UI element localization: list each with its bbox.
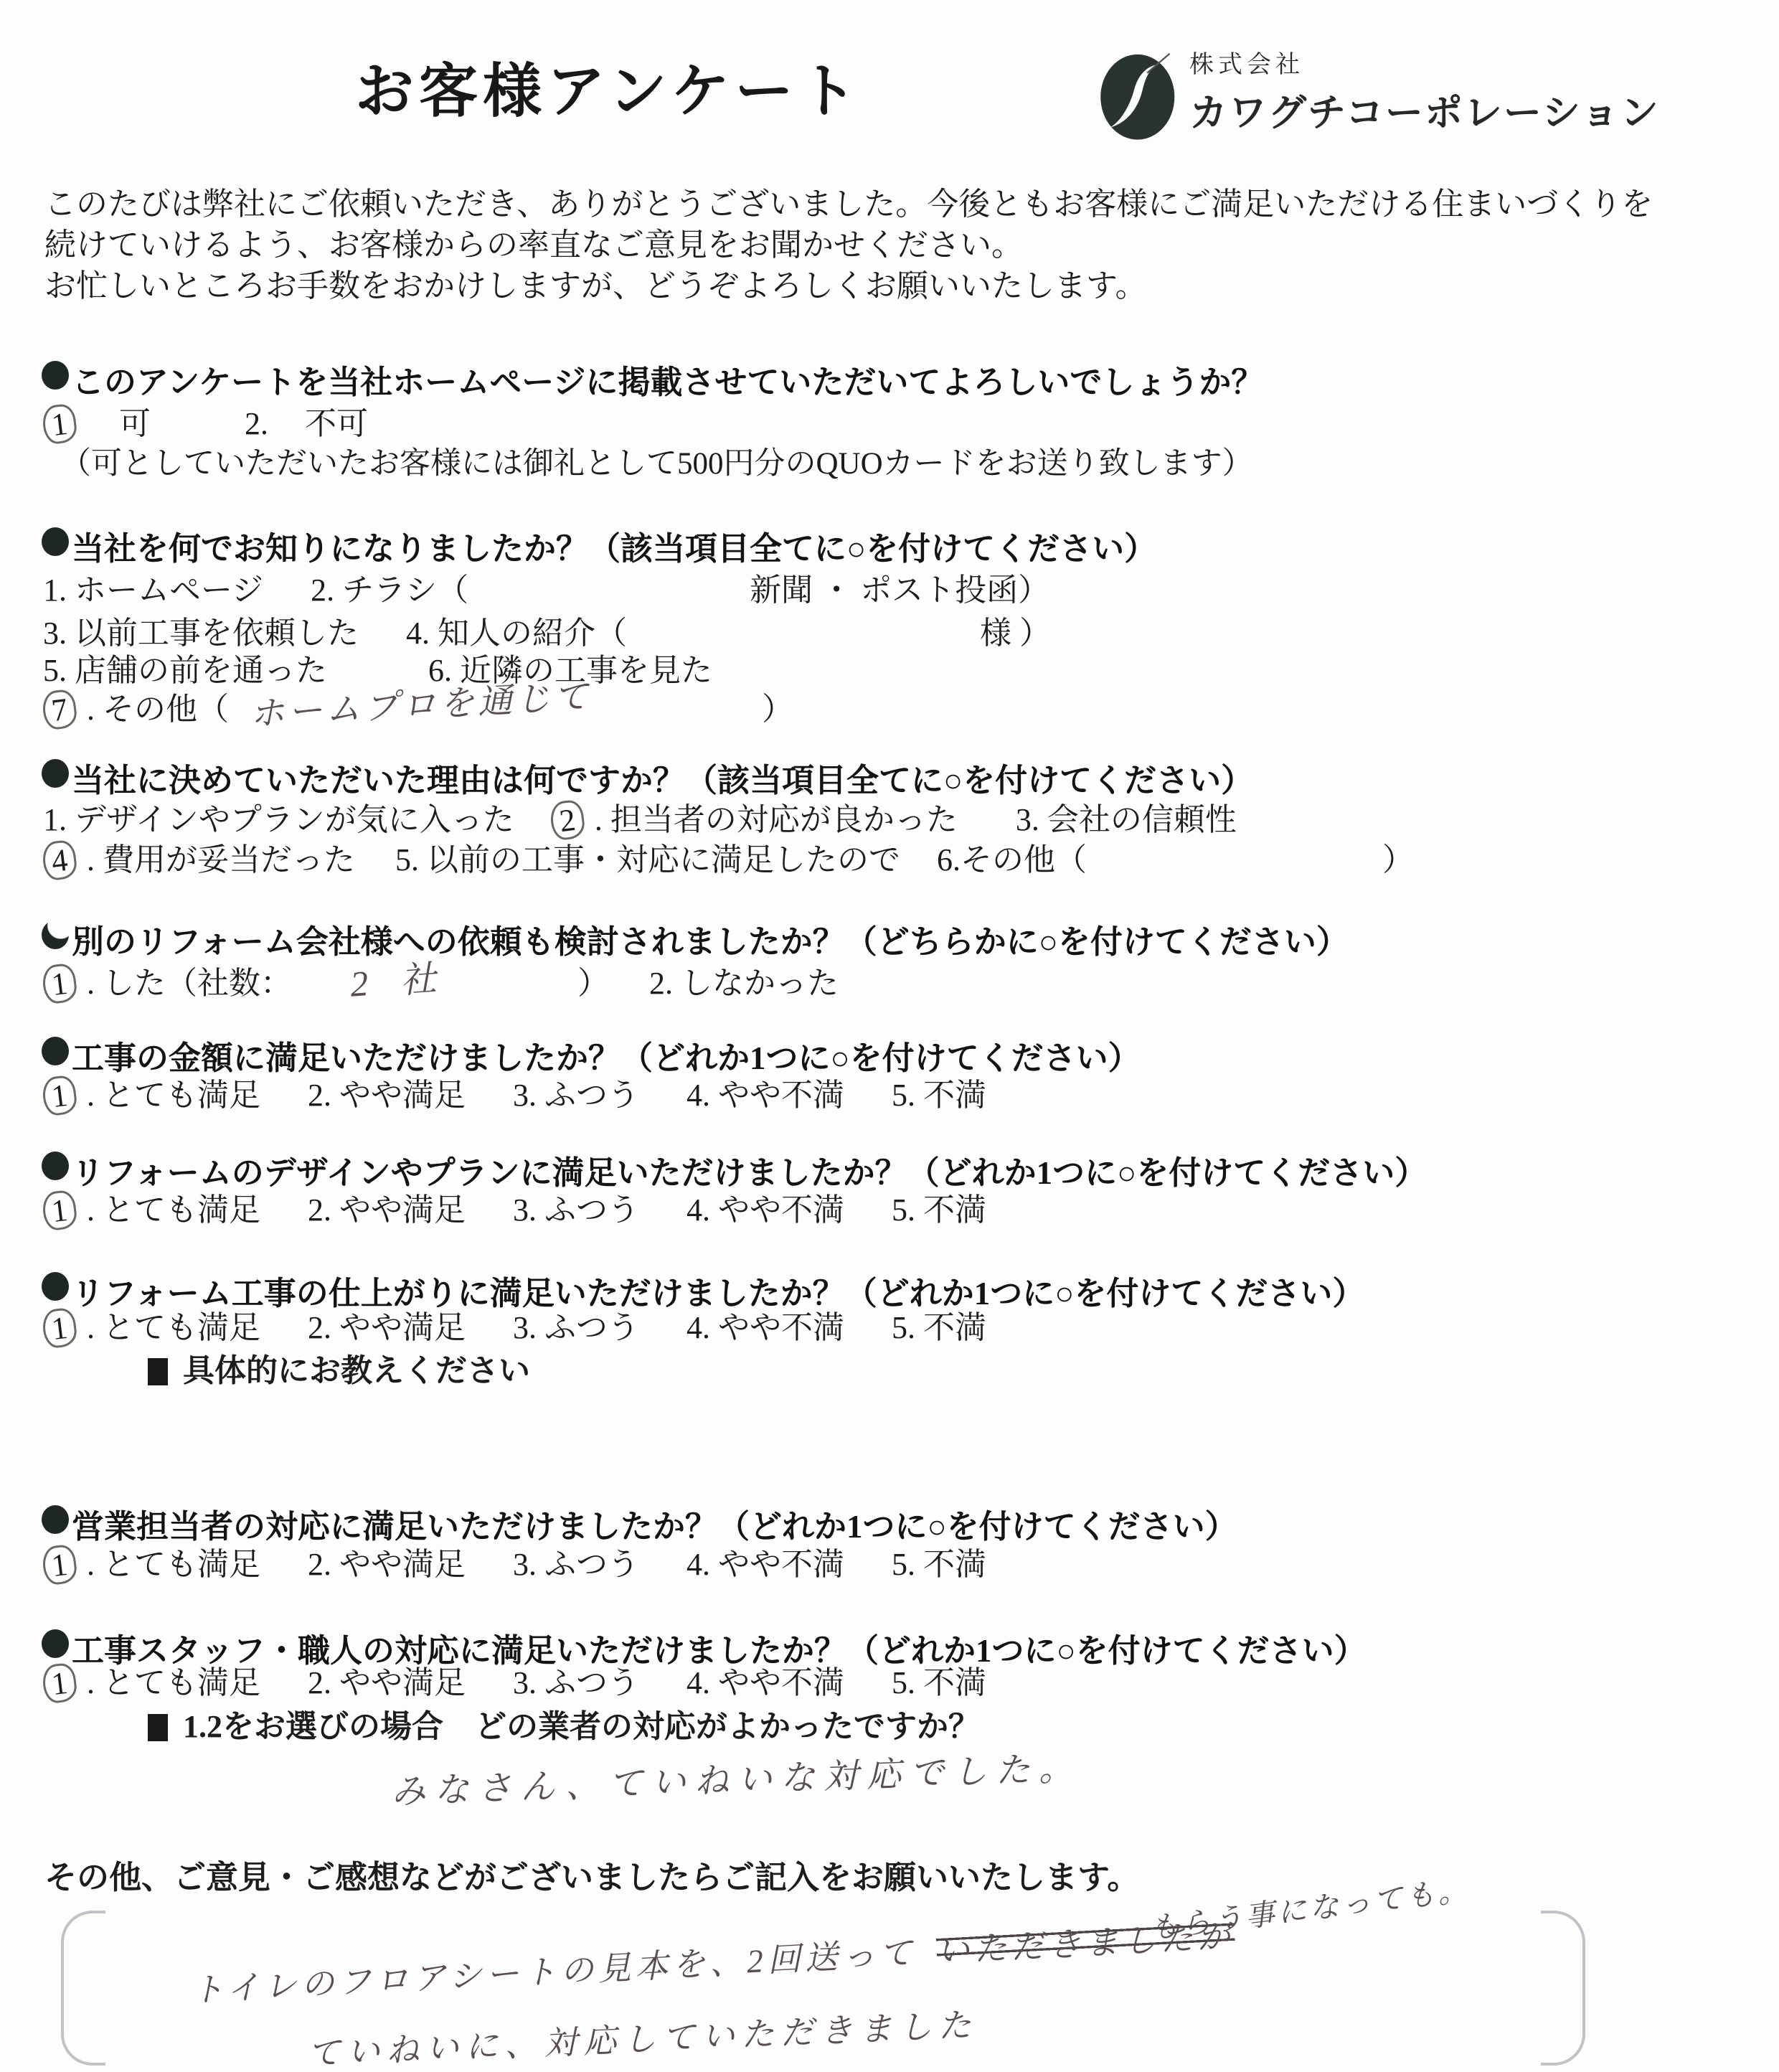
option-label: . とても満足	[87, 1192, 260, 1228]
handwritten-comment-line1: トイレのフロアシートの見本を、2回送っていただきましたが	[189, 1910, 1235, 2012]
question-publish-options: 1 可 2. 不可	[43, 397, 368, 443]
option-label: 2. やや満足	[308, 1192, 466, 1228]
option-label: ）	[762, 692, 793, 727]
handdrawn-circle-mark: 7	[41, 688, 78, 730]
question-sales-options: 1 . とても満足 2. やや満足 3. ふつう 4. やや不満 5. 不満	[43, 1538, 986, 1584]
option-label: 3. 会社の信頼性	[1016, 802, 1237, 837]
handdrawn-circle-mark: 1	[41, 1189, 78, 1231]
question-design-options: 1 . とても満足 2. やや満足 3. ふつう 4. やや不満 5. 不満	[43, 1184, 986, 1230]
option-label: 3. ふつう	[513, 1310, 639, 1345]
option-label: 2. しなかった	[649, 966, 839, 1001]
bullet-icon	[42, 759, 69, 788]
intro-line-3: お忙しいところお手数をおかけしますが、どうぞよろしくお願いいたします。	[44, 265, 1653, 306]
option-label: 5. 不満	[892, 1192, 986, 1228]
intro-text: このたびは弊社にご依頼いただき、ありがとうございました。今後ともお客様にご満足い…	[44, 184, 1653, 306]
question-reason-row2: 4 . 費用が妥当だった 5. 以前の工事・対応に満足したので 6.その他（ ）	[43, 834, 1414, 880]
option-label: 4. やや不満	[686, 1078, 844, 1113]
handwritten-strikethrough-text: いただきましたが	[935, 1910, 1236, 1973]
bullet-icon	[42, 920, 69, 949]
square-icon	[148, 1358, 168, 1385]
option-number: 2.	[245, 406, 268, 441]
option-label: 6.その他（	[937, 842, 1087, 877]
option-label: 3. ふつう	[513, 1665, 639, 1700]
question-compare-options: 1 . した（社数： 2社 ） 2. しなかった	[43, 953, 839, 1004]
question-staff-sub: 1.2をお選びの場合 どの業者の対応がよかったですか？	[148, 1700, 980, 1746]
option-label: 可	[119, 406, 151, 441]
option-label: ）	[577, 966, 609, 1001]
option-label: 5. 不満	[892, 1078, 986, 1113]
handdrawn-circle-mark: 1	[41, 962, 78, 1004]
handdrawn-circle-mark: 1	[41, 1543, 78, 1586]
option-label: . とても満足	[87, 1310, 260, 1345]
bullet-icon	[42, 1505, 69, 1534]
handdrawn-circle-mark: 1	[41, 1074, 78, 1116]
option-label: 3. ふつう	[513, 1547, 639, 1582]
square-icon	[148, 1714, 168, 1741]
option-label: 4. やや不満	[686, 1665, 844, 1700]
question-price-options: 1 . とても満足 2. やや満足 3. ふつう 4. やや不満 5. 不満	[43, 1069, 986, 1115]
question-reason-row1: 1. デザインやプランが気に入った 2 . 担当者の対応が良かった 3. 会社の…	[43, 794, 1237, 839]
question-finish-sub: 具体的にお教えください	[148, 1345, 530, 1390]
option-label: 3. ふつう	[513, 1078, 639, 1113]
survey-page: お客様アンケート 株式会社 カワグチコーポレーション このたびは弊社にご依頼いた…	[0, 0, 1779, 2072]
option-label: 2. やや満足	[308, 1665, 466, 1700]
option-label: 1. ホームページ	[43, 573, 263, 608]
question-source-title: 当社を何でお知りになりましたか？（該当項目全てに○を付けてください）	[42, 522, 1156, 569]
question-source-row4: 7 . その他（ ホームプロを通じて ）	[43, 680, 793, 730]
option-label: . した（社数：	[87, 966, 292, 1001]
company-name: カワグチコーポレーション	[1189, 83, 1660, 137]
company-logo: 株式会社 カワグチコーポレーション	[1099, 44, 1660, 141]
option-label: . 費用が妥当だった	[87, 842, 355, 877]
comment-box-left-bracket	[61, 1911, 105, 2066]
bullet-icon	[42, 1272, 69, 1301]
handdrawn-circle-mark: 1	[41, 1306, 78, 1349]
option-label: 様 ）	[980, 616, 1051, 651]
handwritten-answer-company-count: 2社	[349, 947, 471, 1007]
closing-request: その他、ご意見・ご感想などがございましたらご記入をお願いいたします。	[44, 1851, 1139, 1898]
option-label: 5. 不満	[892, 1547, 986, 1582]
option-label: . とても満足	[87, 1078, 260, 1113]
comment-box-right-bracket	[1541, 1911, 1585, 2066]
option-label: 5. 不満	[892, 1310, 986, 1345]
option-label: 5. 以前の工事・対応に満足したので	[395, 842, 900, 877]
option-label: 4. やや不満	[686, 1310, 844, 1345]
bullet-icon	[42, 1152, 69, 1180]
option-label: 新聞 ・ ポスト投函）	[750, 573, 1049, 608]
page-title: お客様アンケート	[355, 44, 862, 128]
option-label: 4. やや不満	[686, 1192, 844, 1228]
bullet-icon	[42, 1037, 69, 1065]
option-label: . その他（	[87, 692, 229, 727]
option-label: . とても満足	[87, 1665, 260, 1700]
question-publish-note: （可としていただいたお客様には御礼として500円分のQUOカードをお送り致します…	[60, 439, 1253, 483]
question-staff-options: 1 . とても満足 2. やや満足 3. ふつう 4. やや不満 5. 不満	[43, 1657, 986, 1703]
logo-mark-icon	[1099, 50, 1179, 141]
option-label: . とても満足	[87, 1547, 260, 1582]
intro-line-1: このたびは弊社にご依頼いただき、ありがとうございました。今後ともお客様にご満足い…	[44, 184, 1653, 225]
option-label: ）	[1382, 842, 1414, 877]
handwritten-comment-line2: ていねいに、対応していただきました	[306, 1999, 978, 2072]
option-label: 2. やや満足	[308, 1547, 466, 1582]
handdrawn-circle-mark: 4	[41, 839, 78, 881]
option-label: 2. やや満足	[308, 1310, 466, 1345]
option-label: 2. チラシ（	[311, 573, 468, 608]
option-label: 4. やや不満	[686, 1547, 844, 1582]
company-prefix: 株式会社	[1189, 44, 1660, 80]
option-label: 1. デザインやプランが気に入った	[43, 802, 514, 837]
question-finish-options: 1 . とても満足 2. やや満足 3. ふつう 4. やや不満 5. 不満	[43, 1301, 986, 1347]
handdrawn-circle-mark: 1	[41, 1662, 78, 1704]
option-label: 5. 不満	[892, 1665, 986, 1700]
question-source-row1: 1. ホームページ 2. チラシ（ 新聞 ・ ポスト投函）	[43, 564, 1049, 610]
option-label: 不可	[305, 406, 368, 441]
handwritten-answer-staff: みなさん、ていねいな対応でした。	[390, 1740, 1082, 1814]
bullet-icon	[42, 361, 69, 390]
bullet-icon	[42, 527, 69, 556]
bullet-icon	[42, 1629, 69, 1658]
intro-line-2: 続けていけるよう、お客様からの率直なご意見をお聞かせください。	[44, 225, 1653, 265]
option-label: . 担当者の対応が良かった	[595, 802, 958, 837]
question-publish-title: このアンケートを当社ホームページに掲載させていただいてよろしいでしょうか？	[42, 356, 1263, 402]
option-label: 3. ふつう	[513, 1192, 639, 1228]
option-label: 2. やや満足	[308, 1078, 466, 1113]
